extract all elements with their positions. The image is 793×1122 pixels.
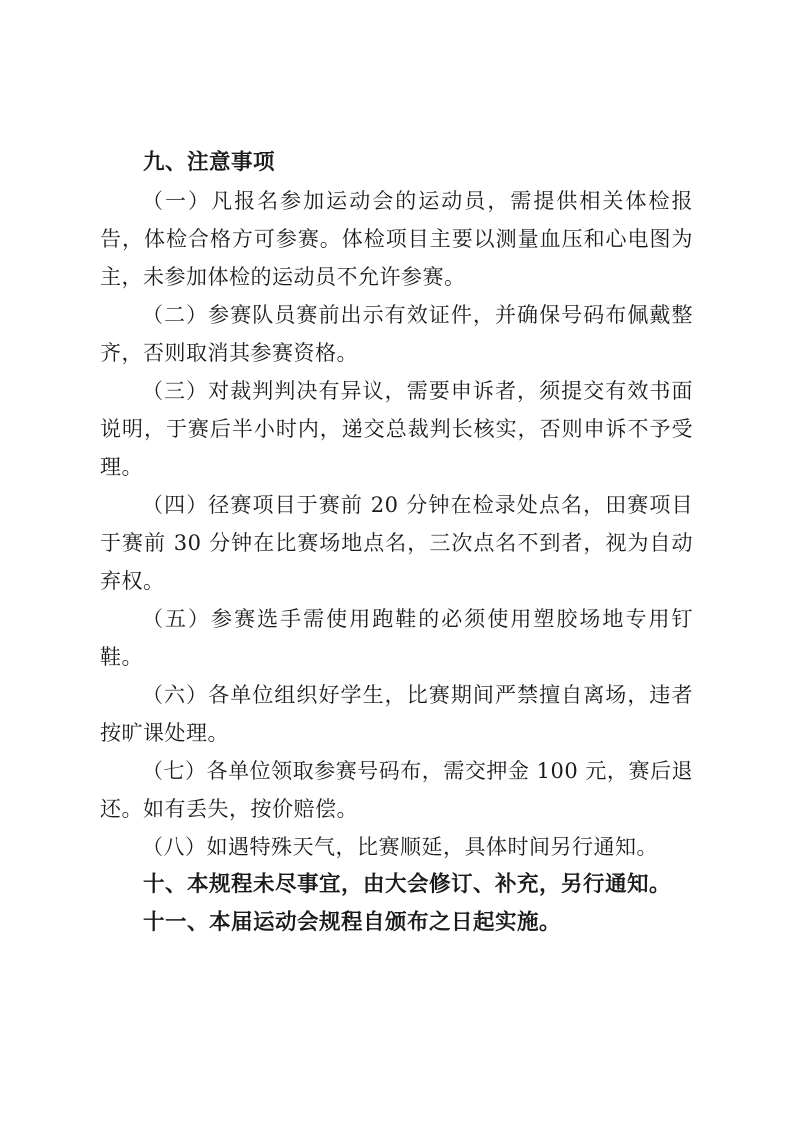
note-clause-5: （五）参赛选手需使用跑鞋的必须使用塑胶场地专用钉鞋。 xyxy=(100,600,693,676)
note-clause-2: （二）参赛队员赛前出示有效证件，并确保号码布佩戴整齐，否则取消其参赛资格。 xyxy=(100,296,693,372)
section-heading-notes: 九、注意事项 xyxy=(100,144,693,182)
note-clause-7: （七）各单位领取参赛号码布，需交押金 100 元，赛后退还。如有丢失，按价赔偿。 xyxy=(100,752,693,828)
note-clause-4: （四）径赛项目于赛前 20 分钟在检录处点名，田赛项目于赛前 30 分钟在比赛场… xyxy=(100,486,693,600)
document-page: 九、注意事项 （一）凡报名参加运动会的运动员，需提供相关体检报告，体检合格方可参… xyxy=(0,0,793,1122)
note-clause-3: （三）对裁判判决有异议，需要申诉者，须提交有效书面说明，于赛后半小时内，递交总裁… xyxy=(100,372,693,486)
section-heading-amendments: 十、本规程未尽事宜，由大会修订、补充，另行通知。 xyxy=(100,866,693,904)
note-clause-8: （八）如遇特殊天气，比赛顺延，具体时间另行通知。 xyxy=(100,828,693,866)
note-clause-1: （一）凡报名参加运动会的运动员，需提供相关体检报告，体检合格方可参赛。体检项目主… xyxy=(100,182,693,296)
section-heading-effective-date: 十一、本届运动会规程自颁布之日起实施。 xyxy=(100,904,693,942)
note-clause-6: （六）各单位组织好学生，比赛期间严禁擅自离场，违者按旷课处理。 xyxy=(100,676,693,752)
